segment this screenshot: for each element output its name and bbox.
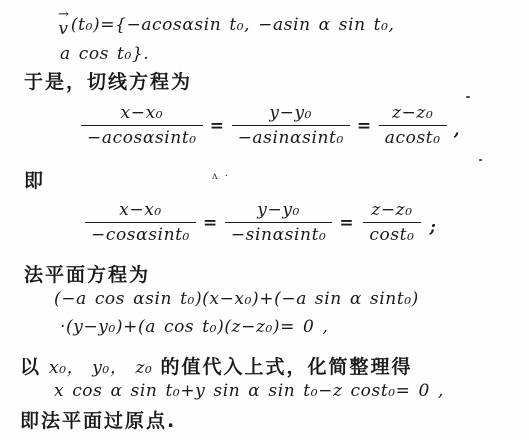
equation-trailing-comma: , (454, 120, 461, 148)
fraction-y-numerator: y−y₀ (259, 104, 322, 125)
fraction-y-numerator: y−y₀ (247, 201, 310, 222)
ie-text: 即 (24, 170, 45, 192)
velocity-equation-text: (t₀)={−acosαsin t₀, −asin α sin t₀, (71, 15, 395, 35)
fraction-x-denominator: −acosαsint₀ (81, 125, 203, 148)
fraction-x: x−x₀ −cosαsint₀ (85, 201, 196, 245)
substitute-variables: x₀， y₀， z₀ (41, 358, 160, 378)
velocity-vector-equation-line1: → v (t₀)={−acosαsin t₀, −asin α sin t₀, (58, 3, 395, 38)
vector-v-symbol: → v (58, 11, 69, 38)
fraction-z-denominator: cost₀ (363, 222, 420, 245)
scanned-textbook-page: → v (t₀)={−acosαsin t₀, −asin α sin t₀, … (0, 0, 529, 440)
fraction-z: z−z₀ acost₀ (379, 104, 447, 148)
ie-label: 即 (24, 166, 45, 193)
equals-sign: = (339, 213, 354, 233)
fraction-y: y−y₀ −asinαsint₀ (232, 104, 350, 148)
equals-sign: = (210, 116, 225, 136)
normal-plane-intro-text: 法平面方程为 (24, 260, 150, 287)
simplified-result-equation: x cos α sin t₀+y sin α sin t₀−z cost₀= 0… (54, 381, 444, 401)
fraction-y-denominator: −asinαsint₀ (232, 125, 350, 148)
fraction-z: z−z₀ cost₀ (361, 201, 422, 245)
scan-artifact-text: ʌ · (212, 171, 230, 182)
tangent-line-equation-simplified: x−x₀ −cosαsint₀ = y−y₀ −sinαsint₀ = z−z₀… (82, 201, 437, 245)
substitute-prefix: 以 (20, 356, 41, 378)
velocity-equation-continuation: a cos t₀}. (60, 44, 149, 64)
scan-speck (466, 96, 470, 98)
conclusion-label: 即法平面过原点. (20, 410, 176, 432)
equation-trailing-semicolon: ; (430, 217, 437, 245)
equals-sign: = (357, 116, 372, 136)
fraction-y-denominator: −sinαsint₀ (225, 222, 333, 245)
scan-speck (479, 159, 482, 161)
fraction-y: y−y₀ −sinαsint₀ (225, 201, 333, 245)
vector-letter: v (58, 20, 68, 38)
fraction-z-numerator: z−z₀ (382, 104, 443, 125)
fraction-z-denominator: acost₀ (379, 125, 447, 148)
substitute-suffix: 的值代入上式，化简整理得 (160, 356, 412, 378)
simplified-eq-text: x cos α sin t₀+y sin α sin t₀−z cost₀= 0… (54, 381, 444, 401)
fraction-x-denominator: −cosαsint₀ (85, 222, 196, 245)
normal-plane-eq-text2: ·(y−y₀)+(a cos t₀)(z−z₀)= 0 , (60, 317, 328, 337)
fraction-x-numerator: x−x₀ (111, 104, 174, 125)
scan-artifact-mark: ʌ · (212, 171, 230, 182)
normal-plane-equation-line2: ·(y−y₀)+(a cos t₀)(z−z₀)= 0 , (60, 317, 328, 337)
normal-plane-equation-line1: (−a cos αsin t₀)(x−x₀)+(−a sin α sint₀) (54, 289, 419, 309)
substitution-sentence: 以 x₀， y₀， z₀ 的值代入上式，化简整理得 (20, 352, 412, 379)
normal-plane-eq-text1: (−a cos αsin t₀)(x−x₀)+(−a sin α sint₀) (54, 289, 419, 309)
tangent-intro-label: 于是，切线方程为 (24, 71, 192, 93)
fraction-x: x−x₀ −acosαsint₀ (81, 104, 203, 148)
tangent-line-intro-text: 于是，切线方程为 (24, 67, 192, 94)
equals-sign: = (203, 213, 218, 233)
fraction-z-numerator: z−z₀ (361, 201, 422, 222)
tangent-line-equation: x−x₀ −acosαsint₀ = y−y₀ −asinαsint₀ = z−… (78, 104, 460, 148)
conclusion-text: 即法平面过原点. (20, 406, 176, 433)
normal-plane-intro-label: 法平面方程为 (24, 264, 150, 286)
fraction-x-numerator: x−x₀ (109, 201, 172, 222)
velocity-vector-equation-line2: a cos t₀}. (60, 44, 149, 64)
